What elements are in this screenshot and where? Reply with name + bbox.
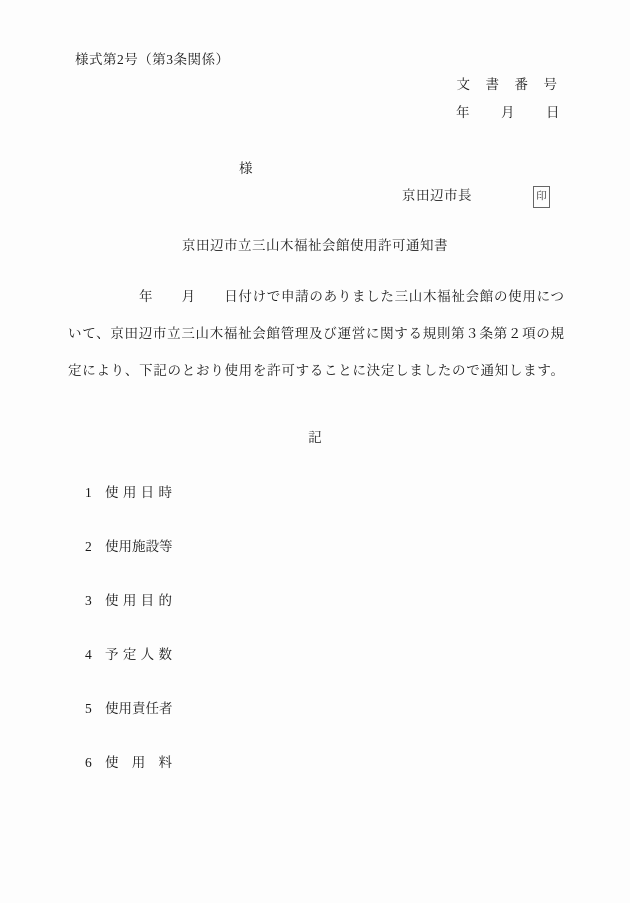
list-item-use-datetime: 1使用日時 [85, 484, 172, 502]
item-label: 使用責任者 [105, 700, 172, 718]
body-line: いて、京田辺市立三山木福祉会館管理及び運営に関する規則第３条第２項の規 [68, 315, 564, 352]
item-label: 予定人数 [105, 646, 172, 664]
list-item-responsible-person: 5使用責任者 [85, 700, 172, 718]
item-label: 使用目的 [105, 592, 172, 610]
item-number: 4 [85, 646, 105, 664]
document-page: 様式第2号（第3条関係） 文 書 番 号 年 月 日 様 京田辺市長 印 京田辺… [0, 0, 630, 903]
doc-number-label: 文 書 番 号 [457, 76, 559, 94]
form-number: 様式第2号（第3条関係） [75, 51, 230, 69]
body-paragraph: 年 月 日付けで申請のありました三山木福祉会館の使用につ いて、京田辺市立三山木… [68, 278, 564, 389]
item-label: 使用料 [105, 754, 172, 772]
sender-title: 京田辺市長 [402, 187, 472, 205]
list-item-expected-attendance: 4予定人数 [85, 646, 172, 664]
list-item-use-purpose: 3使用目的 [85, 592, 172, 610]
document-title: 京田辺市立三山木福祉会館使用許可通知書 [0, 236, 630, 256]
issue-date-line: 年 月 日 [456, 104, 561, 122]
body-line: 年 月 日付けで申請のありました三山木福祉会館の使用につ [68, 278, 564, 315]
item-number: 3 [85, 592, 105, 610]
record-heading: 記 [0, 428, 630, 448]
seal-stamp: 印 [533, 186, 550, 208]
item-number: 1 [85, 484, 105, 502]
item-number: 2 [85, 538, 105, 556]
item-label: 使用日時 [105, 484, 172, 502]
addressee-honorific: 様 [239, 160, 253, 178]
item-label: 使用施設等 [105, 538, 172, 556]
item-number: 6 [85, 754, 105, 772]
list-item-use-facility: 2使用施設等 [85, 538, 172, 556]
list-item-usage-fee: 6使用料 [85, 754, 172, 772]
body-line: 定により、下記のとおり使用を許可することに決定しましたので通知します。 [68, 352, 564, 389]
item-number: 5 [85, 700, 105, 718]
